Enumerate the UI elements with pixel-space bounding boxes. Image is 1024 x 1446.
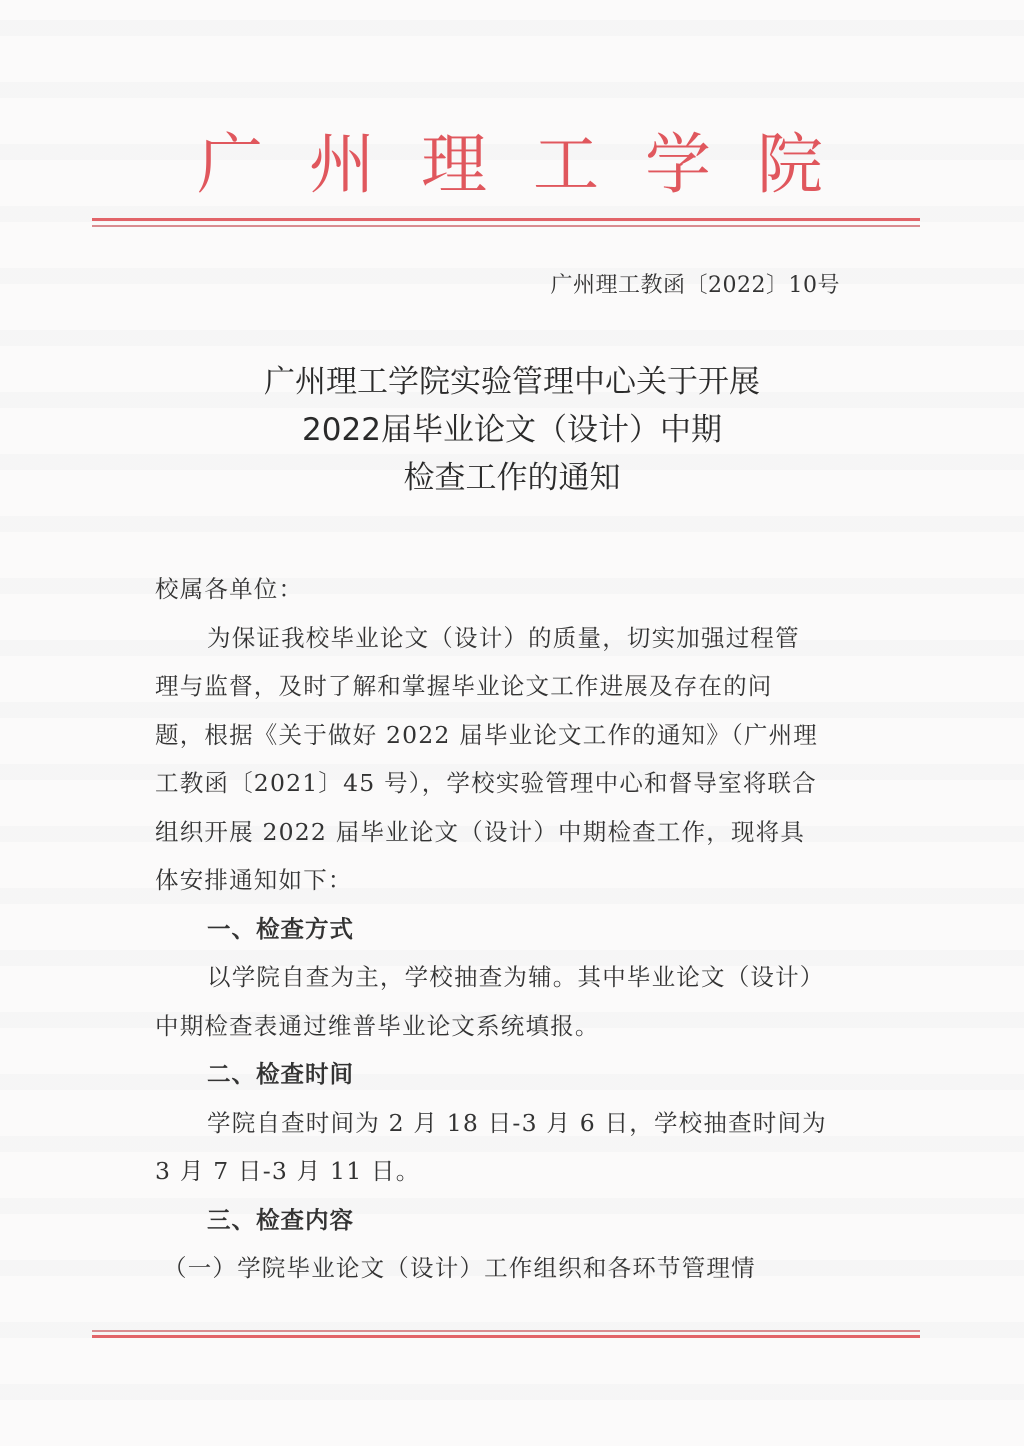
paragraph-line: 工教函〔2021〕45 号），学校实验管理中心和督导室将联合 — [155, 759, 875, 808]
letterhead-rule-thick — [92, 218, 920, 221]
document-page: 广 州 理 工 学 院 广州理工教函〔2022〕10号 广州理工学院实验管理中心… — [0, 0, 1024, 1446]
paragraph-line: 以学院自查为主，学校抽查为辅。其中毕业论文（设计） — [155, 953, 875, 1002]
paragraph-line: 中期检查表通过维普毕业论文系统填报。 — [155, 1002, 875, 1051]
salutation: 校属各单位： — [155, 565, 875, 614]
title-line: 2022届毕业论文（设计）中期 — [140, 406, 884, 454]
title-line: 检查工作的通知 — [140, 454, 884, 502]
paragraph-line: 为保证我校毕业论文（设计）的质量，切实加强过程管 — [155, 614, 875, 663]
letterhead-char: 州 — [302, 125, 382, 205]
paragraph-line: 学院自查时间为 2 月 18 日-3 月 6 日，学校抽查时间为 — [155, 1099, 875, 1148]
document-body: 校属各单位： 为保证我校毕业论文（设计）的质量，切实加强过程管 理与监督，及时了… — [155, 565, 875, 1293]
paragraph-line: 体安排通知如下： — [155, 856, 875, 905]
paragraph-line: 理与监督，及时了解和掌握毕业论文工作进展及存在的问 — [155, 662, 875, 711]
footer-rule-thin — [92, 1330, 920, 1332]
footer-rule-thick — [92, 1335, 920, 1338]
letterhead-institution-name: 广 州 理 工 学 院 — [190, 120, 830, 210]
letterhead-char: 学 — [638, 125, 718, 205]
letterhead-rule-thin — [92, 225, 920, 227]
paragraph-line: 3 月 7 日-3 月 11 日。 — [155, 1147, 875, 1196]
title-line: 广州理工学院实验管理中心关于开展 — [140, 358, 884, 406]
section-heading: 一、检查方式 — [155, 905, 875, 954]
letterhead-char: 理 — [414, 125, 494, 205]
letterhead-char: 院 — [750, 125, 830, 205]
paragraph-line: 题，根据《关于做好 2022 届毕业论文工作的通知》（广州理 — [155, 711, 875, 760]
letterhead-char: 工 — [526, 125, 606, 205]
document-title: 广州理工学院实验管理中心关于开展 2022届毕业论文（设计）中期 检查工作的通知 — [140, 358, 884, 502]
letterhead-char: 广 — [190, 125, 270, 205]
document-number: 广州理工教函〔2022〕10号 — [0, 268, 840, 299]
paragraph-line: （一）学院毕业论文（设计）工作组织和各环节管理情 — [155, 1244, 875, 1293]
section-heading: 二、检查时间 — [155, 1050, 875, 1099]
section-heading: 三、检查内容 — [155, 1196, 875, 1245]
paragraph-line: 组织开展 2022 届毕业论文（设计）中期检查工作，现将具 — [155, 808, 875, 857]
